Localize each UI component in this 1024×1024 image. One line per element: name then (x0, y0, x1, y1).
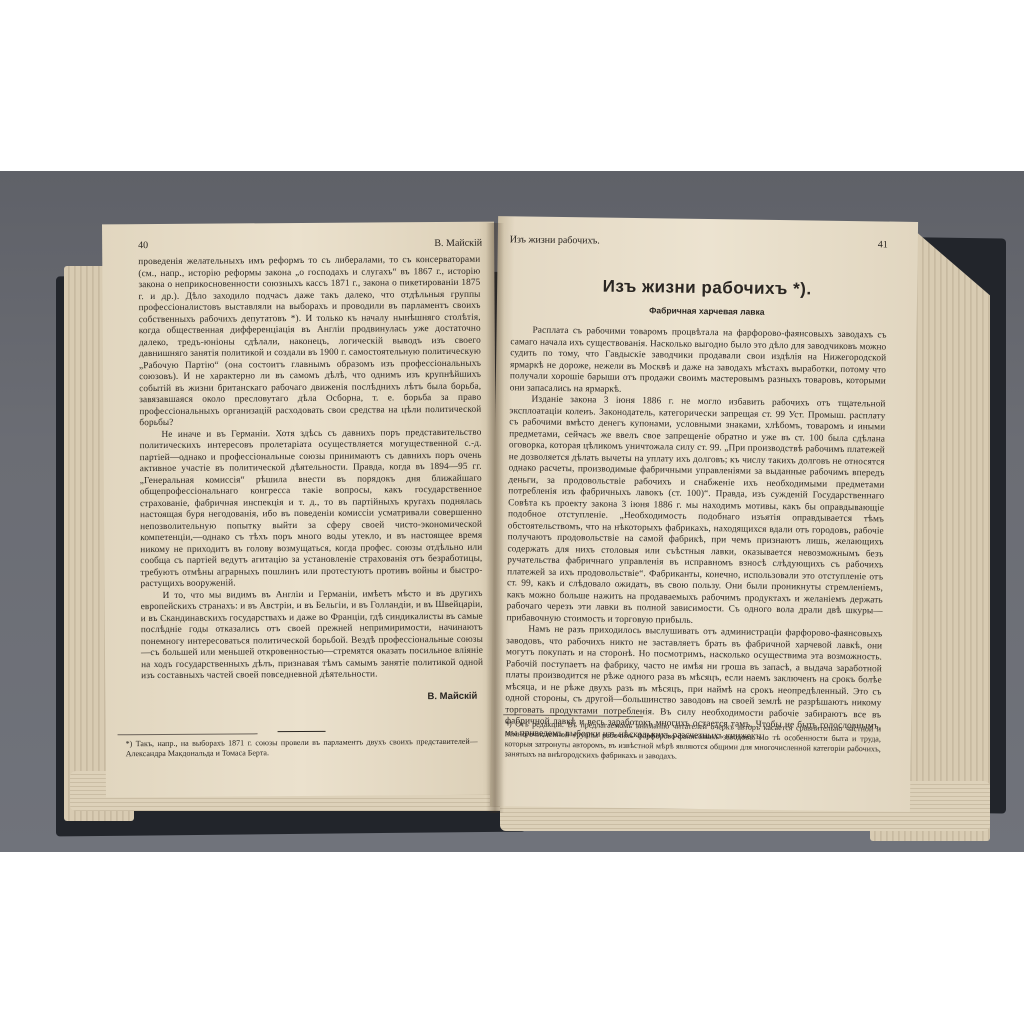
right-body-text: Расплата съ рабочими товаромъ процвѣтала… (505, 325, 887, 744)
left-running-header: 40 В. Майскій (138, 238, 482, 251)
paragraph: Не иначе и въ Германіи. Хотя здѣсь съ да… (139, 427, 482, 590)
running-head: В. Майскій (434, 238, 482, 249)
right-page: Изъ жизни рабочихъ. 41 Изъ жизни рабочих… (490, 216, 918, 812)
book-photo: 40 В. Майскій проведенія желательныхъ им… (0, 171, 1024, 852)
paragraph: Расплата съ рабочими товаромъ процвѣтала… (510, 325, 887, 399)
paragraph: проведенія желательныхъ имъ реформъ то с… (138, 255, 481, 430)
book-gutter-shadow (486, 223, 504, 813)
left-footnote-block: *) Такъ, напр., на выборахъ 1871 г. союз… (106, 732, 498, 760)
right-footnote-block: *) Отъ редакціи. Въ предлагаемомъ вниман… (491, 714, 912, 765)
page-number: 41 (878, 239, 888, 250)
left-body-text: проведенія желательныхъ имъ реформъ то с… (138, 255, 483, 683)
article-subtitle: Фабричная харчевая лавка (497, 303, 917, 319)
footnote: *) Отъ редакціи. Въ предлагаемомъ вниман… (505, 719, 882, 764)
footnote-divider (118, 733, 258, 735)
paragraph: Изданіе закона 3 іюня 1886 г. не могло и… (506, 394, 885, 629)
paragraph: И то, что мы видимъ въ Англіи и Германіи… (141, 588, 484, 682)
footnote: *) Такъ, напр., на выборахъ 1871 г. союз… (126, 737, 478, 759)
article-title: Изъ жизни рабочихъ *). (497, 275, 917, 301)
left-page: 40 В. Майскій проведенія желательныхъ им… (102, 222, 498, 798)
author-signature: В. Майскій (105, 690, 477, 704)
running-head: Изъ жизни рабочихъ. (510, 234, 600, 246)
page-number: 40 (138, 240, 148, 251)
right-running-header: Изъ жизни рабочихъ. 41 (510, 234, 888, 250)
